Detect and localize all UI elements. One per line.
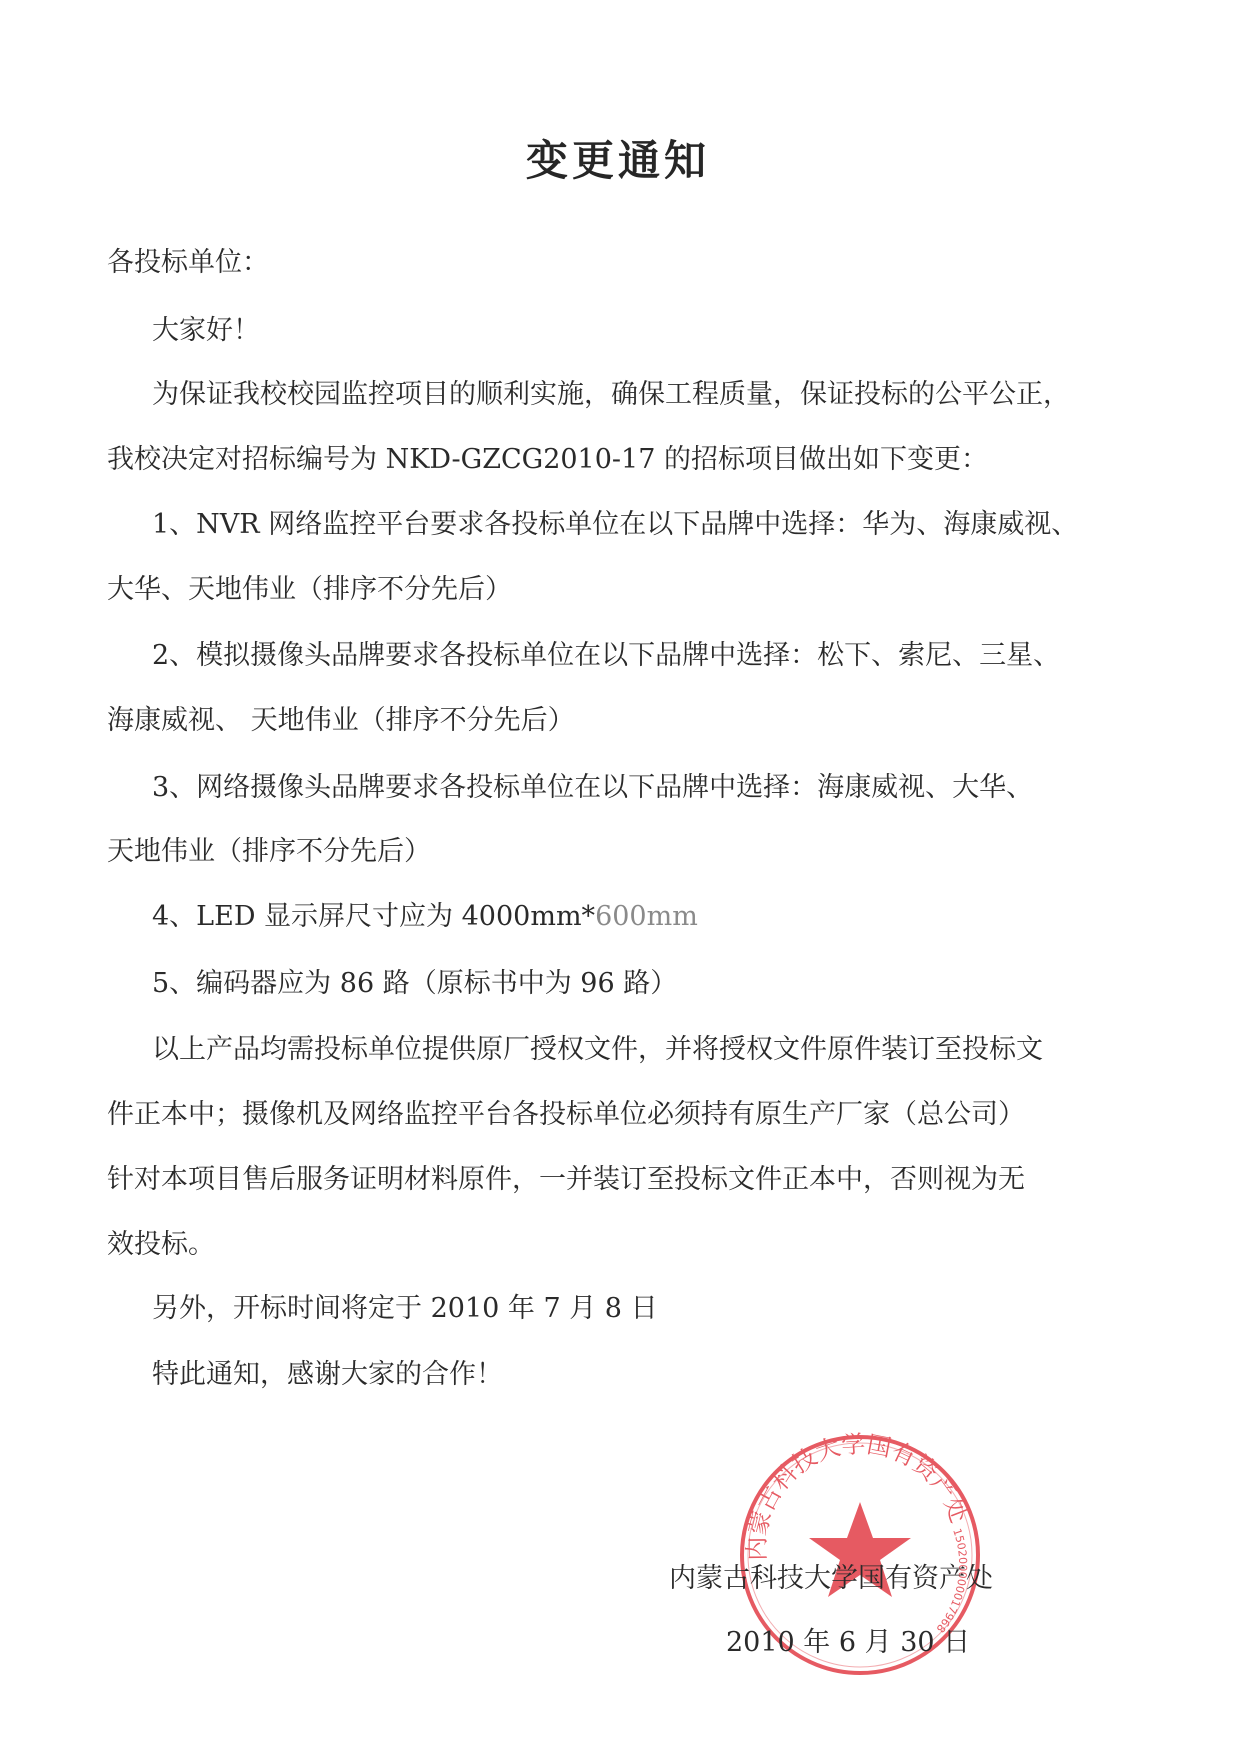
- requirement-line-2: 件正本中；摄像机及网络监控平台各投标单位必须持有原生产厂家（总公司）: [107, 1098, 1025, 1132]
- signature-date: 2010 年 6 月 30 日: [726, 1620, 970, 1659]
- item-4-faded-value: 600mm: [595, 901, 698, 932]
- opening-time: 另外，开标时间将定于 2010 年 7 月 8 日: [152, 1292, 658, 1326]
- item-2-line-1: 2、模拟摄像头品牌要求各投标单位在以下品牌中选择：松下、索尼、三星、: [152, 639, 1060, 673]
- salutation: 各投标单位：: [107, 246, 269, 280]
- requirement-line-4: 效投标。: [107, 1228, 215, 1262]
- item-3-line-1: 3、网络摄像头品牌要求各投标单位在以下品牌中选择：海康威视、大华、: [152, 771, 1033, 805]
- item-2-line-2: 海康威视、 天地伟业（排序不分先后）: [107, 704, 575, 738]
- requirement-line-3: 针对本项目售后服务证明材料原件，一并装订至投标文件正本中，否则视为无: [107, 1163, 1025, 1197]
- closing-remark: 特此通知，感谢大家的合作！: [152, 1358, 503, 1392]
- item-5: 5、编码器应为 86 路（原标书中为 96 路）: [152, 967, 677, 1001]
- signature-organization: 内蒙古科技大学国有资产处: [669, 1556, 993, 1595]
- document-title: 变更通知: [0, 128, 1236, 188]
- intro-line-1: 为保证我校校园监控项目的顺利实施，确保工程质量，保证投标的公平公正，: [152, 378, 1070, 412]
- item-3-line-2: 天地伟业（排序不分先后）: [107, 835, 431, 869]
- item-1-line-2: 大华、天地伟业（排序不分先后）: [107, 573, 512, 607]
- item-1-line-1: 1、NVR 网络监控平台要求各投标单位在以下品牌中选择：华为、海康威视、: [152, 508, 1078, 542]
- intro-line-2: 我校决定对招标编号为 NKD-GZCG2010-17 的招标项目做出如下变更：: [107, 443, 988, 477]
- item-4-text: 4、LED 显示屏尺寸应为 4000mm*: [152, 901, 595, 932]
- item-4: 4、LED 显示屏尺寸应为 4000mm*600mm: [152, 900, 698, 934]
- requirement-line-1: 以上产品均需投标单位提供原厂授权文件，并将授权文件原件装订至投标文: [152, 1033, 1043, 1067]
- greeting: 大家好！: [152, 314, 260, 348]
